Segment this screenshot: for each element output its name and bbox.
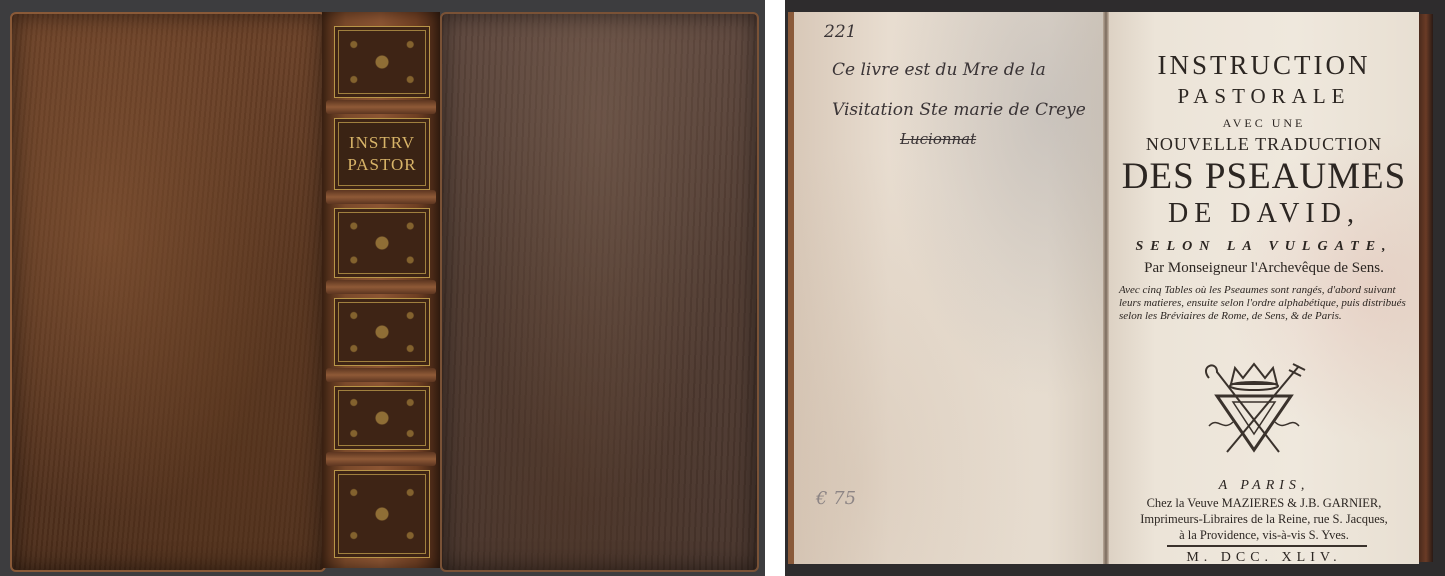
- printers-device-icon: [1189, 358, 1319, 454]
- imprint-printers: Chez la Veuve MAZIERES & J.B. GARNIER,: [1109, 496, 1419, 511]
- title-page-photo: 221 Ce livre est du Mre de la Visitation…: [785, 0, 1445, 576]
- spine-panel-ornament: [334, 470, 430, 558]
- spine-title-label: INSTRV PASTOR: [334, 118, 430, 190]
- title-line-4: NOUVELLE TRADUCTION: [1109, 134, 1419, 155]
- spine-raised-band: [326, 190, 436, 204]
- ownership-inscription-line3: Lucionnat: [900, 130, 976, 148]
- imprint-location: à la Providence, vis-à-vis S. Yves.: [1109, 528, 1419, 543]
- author-line: Par Monseigneur l'Archevêque de Sens.: [1109, 260, 1419, 277]
- imprint-address: Imprimeurs-Libraires de la Reine, rue S.…: [1109, 512, 1419, 527]
- title-line-2: PASTORALE: [1109, 84, 1419, 109]
- back-cover: [10, 12, 326, 572]
- spine-raised-band: [326, 452, 436, 466]
- spine: INSTRV PASTOR: [322, 12, 440, 568]
- spine-label-line2: PASTOR: [347, 154, 416, 176]
- title-line-7: SELON LA VULGATE,: [1109, 239, 1419, 255]
- spine-panel-ornament: [334, 208, 430, 278]
- front-cover: [440, 12, 759, 572]
- pencil-price-note: € 75: [816, 488, 856, 509]
- spine-panel-ornament: [334, 26, 430, 98]
- binding-photo: INSTRV PASTOR: [0, 0, 765, 576]
- photo-divider: [765, 0, 785, 576]
- page-edge: [1419, 14, 1433, 562]
- title-line-6: DE DAVID,: [1109, 198, 1419, 230]
- spine-raised-band: [326, 280, 436, 294]
- title-line-1: INSTRUCTION: [1109, 50, 1419, 81]
- imprint-place: A PARIS,: [1109, 478, 1419, 494]
- shelf-number: 221: [824, 22, 856, 42]
- imprint-date: M. DCC. XLIV.: [1109, 550, 1419, 566]
- title-line-5: DES PSEAUMES: [1109, 155, 1419, 198]
- ownership-inscription-line1: Ce livre est du Mre de la: [832, 60, 1046, 80]
- spine-raised-band: [326, 100, 436, 114]
- ownership-inscription-line2: Visitation Ste marie de Creye: [832, 100, 1086, 120]
- title-line-3: AVEC UNE: [1109, 116, 1419, 131]
- spine-panel-ornament: [334, 298, 430, 366]
- imprint-rule: [1167, 545, 1367, 547]
- title-page: INSTRUCTION PASTORALE AVEC UNE NOUVELLE …: [1109, 12, 1419, 564]
- spine-label-line1: INSTRV: [349, 132, 415, 154]
- spine-panel-ornament: [334, 386, 430, 450]
- contents-description: Avec cinq Tables où les Pseaumes sont ra…: [1119, 284, 1409, 323]
- spine-raised-band: [326, 368, 436, 382]
- endpaper: 221 Ce livre est du Mre de la Visitation…: [788, 12, 1111, 564]
